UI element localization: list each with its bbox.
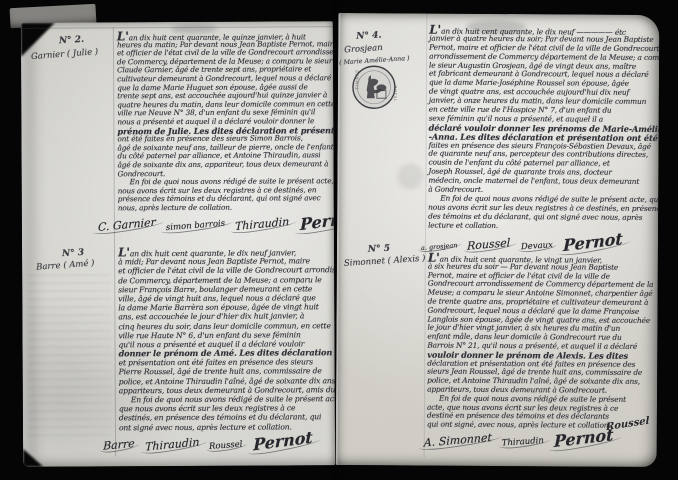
signature: Devaux <box>520 240 553 252</box>
handwritten-line: et officier de l'état civil de la ville … <box>118 266 334 276</box>
signature: Roussel <box>209 440 243 452</box>
signature: Roussel <box>467 236 510 253</box>
signature: Thiraudin <box>502 436 545 449</box>
register-scan: N° 2. Garnier ( Julie ) L'an dix huit ce… <box>0 0 678 480</box>
stamp-rim-text-left: TIMBRE <box>354 69 359 89</box>
act-2-margin-number: N° 2. <box>59 35 85 46</box>
act-5-margin-name: Simonnet ( Alexis ) <box>344 254 426 269</box>
right-page: N° 4. Grosjean ( Marie Amélie-Anna ) TIM… <box>336 13 660 467</box>
act-4-signatures: a. grosjeanRousselDevauxPernot <box>421 232 659 252</box>
act-3-signatures: BarreThiraudinRousselPernot <box>103 431 331 451</box>
act-5-signatures: A. SimonnetThiraudinPernot <box>424 428 634 448</box>
signature: Barre <box>103 437 135 453</box>
margin-rule <box>113 27 116 456</box>
act-5-body: L'an dix huit cent quarante, le vingt un… <box>427 254 658 431</box>
signature: Pernot <box>253 428 313 455</box>
handwritten-line: destinés, en présence des témoins et du … <box>119 413 335 423</box>
signature: C. Garnier <box>98 216 156 234</box>
handwritten-line: lecture et collation. <box>428 221 658 231</box>
act-4-body: L'an dix huit cent quarante, le dix neuf… <box>428 26 659 232</box>
bleed-through-text <box>28 272 111 442</box>
handwritten-line: ans, est accouchée le jour d'hier dix hu… <box>118 311 334 321</box>
stamp-rim-text-right: ROYAL <box>393 85 398 102</box>
official-stamp-icon: TIMBRE ROYAL <box>350 63 398 111</box>
handwritten-line: cinq heures du soir, dans leur domicile … <box>118 321 334 331</box>
signature: Pernot <box>554 425 614 451</box>
signature: Pernot <box>300 207 335 234</box>
act-3-body: L'an dix huit cent quarante, le dix neuf… <box>118 247 335 432</box>
act-2-body: L'an dix huit cent quarante, le quinze j… <box>117 31 334 213</box>
left-page: N° 2. Garnier ( Julie ) L'an dix huit ce… <box>21 21 335 467</box>
act-4-margin-number: N° 4. <box>356 31 382 42</box>
signature: A. Simonnet <box>424 431 492 450</box>
act-2-margin-name: Garnier ( Julie ) <box>31 47 99 62</box>
signature: Thiraudin <box>145 435 199 453</box>
signature: Pernot <box>563 229 623 255</box>
act-5-margin-number: N° 5 <box>368 244 391 255</box>
act-2-signatures: C. Garniersimon barroisThiraudinPernot <box>98 211 330 231</box>
smudge <box>397 163 423 189</box>
act-3-margin-number: N° 3 <box>62 248 85 259</box>
signature: Thiraudin <box>235 215 289 233</box>
signature: simon barrois <box>166 219 226 233</box>
act-3-margin-name: Barre ( Amé ) <box>36 258 95 272</box>
act-4-margin-name: Grosjean <box>344 43 383 55</box>
